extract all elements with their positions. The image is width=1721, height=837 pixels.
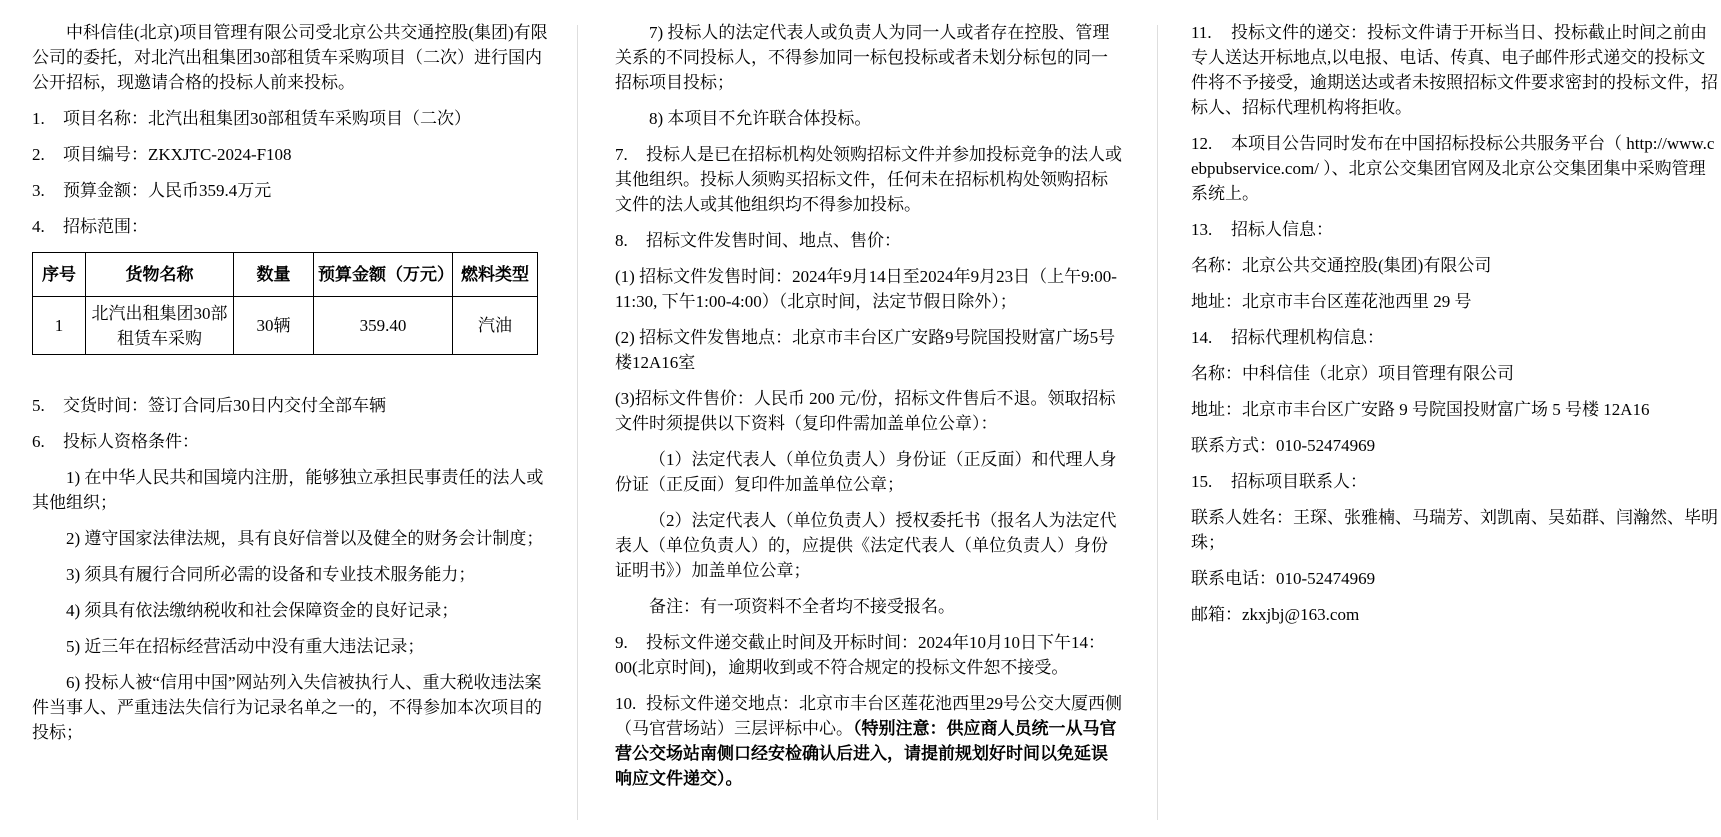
table-header-cell: 燃料类型 [453,253,538,297]
table-header-cell: 序号 [33,253,86,297]
item-number: 9. [615,630,646,655]
item-number: 5. [32,393,63,418]
item-number: 14. [1191,325,1231,350]
item-number: 7. [615,142,646,167]
table-header-cell: 货物名称 [86,253,234,297]
numbered-item-14: 14.招标代理机构信息： [1191,325,1719,350]
column-1: 中科信佳(北京)项目管理有限公司受北京公共交通控股(集团)有限公司的委托，对北汽… [32,20,549,756]
item-text: 招标人信息： [1231,220,1333,239]
contact-phone: 联系电话：010-52474969 [1191,566,1719,591]
item-number: 6. [32,429,63,454]
numbered-item-11: 11.投标文件的递交：投标文件请于开标当日、投标截止时间之前由专人送达开标地点,… [1191,20,1719,120]
sub-item: 5) 近三年在招标经营活动中没有重大违法记录； [32,634,549,659]
item-text: 招标代理机构信息： [1231,328,1384,347]
item-number: 11. [1191,20,1231,45]
numbered-item-5: 5.交货时间：签订合同后30日内交付全部车辆 [32,393,549,418]
contact-names: 联系人姓名：王琛、张雅楠、马瑞芳、刘凯南、吴茹群、闫瀚然、毕明珠； [1191,505,1719,555]
numbered-item-4: 4.招标范围： [32,214,549,239]
table-cell: 北汽出租集团30部租赁车采购 [86,297,234,355]
item-text: 项目名称：北汽出租集团30部租赁车采购项目（二次） [63,109,471,128]
sub-item: 6) 投标人被“信用中国”网站列入失信被执行人、重大税收违法案件当事人、严重违法… [32,670,549,745]
intro-paragraph: 中科信佳(北京)项目管理有限公司受北京公共交通控股(集团)有限公司的委托，对北汽… [32,20,549,95]
tender-scope-table: 序号 货物名称 数量 预算金额（万元） 燃料类型 1 北汽出租集团30部租赁车采… [32,252,538,355]
numbered-item-12: 12.本项目公告同时发布在中国招标投标公共服务平台（ http://www.ce… [1191,131,1719,206]
table-cell: 汽油 [453,297,538,355]
sub-item: 3) 须具有履行合同所必需的设备和专业技术服务能力； [32,562,549,587]
numbered-item-1: 1.项目名称：北汽出租集团30部租赁车采购项目（二次） [32,106,549,131]
item-number: 4. [32,214,63,239]
item-number: 12. [1191,131,1231,156]
agency-phone: 联系方式：010-52474969 [1191,433,1719,458]
item-text: 投标文件递交截止时间及开标时间：2024年10月10日下午14：00(北京时间)… [615,633,1105,677]
contact-email: 邮箱：zkxjbj@163.com [1191,602,1719,627]
item-text: 招标项目联系人： [1231,472,1367,491]
item-text: 投标文件的递交：投标文件请于开标当日、投标截止时间之前由专人送达开标地点,以电报… [1191,23,1718,117]
column-2: 7) 投标人的法定代表人或负责人为同一人或者存在控股、管理关系的不同投标人，不得… [615,20,1122,802]
required-material-2: （2）法定代表人（单位负责人）授权委托书（报名人为法定代表人（单位负责人）的，应… [615,508,1122,583]
sale-time-paragraph: (1) 招标文件发售时间：2024年9月14日至2024年9月23日（上午9:0… [615,264,1122,314]
item-text: 项目编号：ZKXJTC-2024-F108 [63,145,292,164]
sub-item: 4) 须具有依法缴纳税收和社会保障资金的良好记录； [32,598,549,623]
sub-item: 1) 在中华人民共和国境内注册，能够独立承担民事责任的法人或其他组织； [32,465,549,515]
item-number: 8. [615,228,646,253]
numbered-item-13: 13.招标人信息： [1191,217,1719,242]
numbered-item-15: 15.招标项目联系人： [1191,469,1719,494]
numbered-item-10: 10.投标文件递交地点：北京市丰台区莲花池西里29号公交大厦西侧（马官营场站）三… [615,691,1122,791]
required-material-1: （1）法定代表人（单位负责人）身份证（正反面）和代理人身份证（正反面）复印件加盖… [615,447,1122,497]
item-number: 15. [1191,469,1231,494]
table-cell: 30辆 [234,297,314,355]
tender-announcement-document: 中科信佳(北京)项目管理有限公司受北京公共交通控股(集团)有限公司的委托，对北汽… [0,0,1721,837]
table-cell: 359.40 [314,297,453,355]
item-text: 招标范围： [63,217,148,236]
sub-item: 7) 投标人的法定代表人或负责人为同一人或者存在控股、管理关系的不同投标人，不得… [615,20,1122,95]
sale-price-paragraph: (3)招标文件售价：人民币 200 元/份，招标文件售后不退。领取招标文件时须提… [615,386,1122,436]
item-text: 本项目公告同时发布在中国招标投标公共服务平台（ http://www.cebpu… [1191,134,1714,203]
numbered-item-2: 2.项目编号：ZKXJTC-2024-F108 [32,142,549,167]
item-text: 预算金额：人民币359.4万元 [63,181,271,200]
item-number: 1. [32,106,63,131]
table-header-row: 序号 货物名称 数量 预算金额（万元） 燃料类型 [33,253,538,297]
table-header-cell: 数量 [234,253,314,297]
sale-place-paragraph: (2) 招标文件发售地点：北京市丰台区广安路9号院国投财富广场5号楼12A16室 [615,325,1122,375]
item-number: 13. [1191,217,1231,242]
table-cell: 1 [33,297,86,355]
column-divider [577,25,578,820]
item-number: 2. [32,142,63,167]
item-number: 10. [615,691,646,716]
agency-name: 名称：中科信佳（北京）项目管理有限公司 [1191,361,1719,386]
tenderer-address: 地址：北京市丰台区莲花池西里 29 号 [1191,289,1719,314]
item-text: 交货时间：签订合同后30日内交付全部车辆 [63,396,386,415]
sub-item: 8) 本项目不允许联合体投标。 [615,106,1122,131]
table-header-cell: 预算金额（万元） [314,253,453,297]
numbered-item-6: 6.投标人资格条件： [32,429,549,454]
numbered-item-7: 7.投标人是已在招标机构处领购招标文件并参加投标竞争的法人或其他组织。投标人须购… [615,142,1122,217]
item-text: 招标文件发售时间、地点、售价： [646,231,901,250]
item-text: 投标人资格条件： [63,432,199,451]
sub-item: 2) 遵守国家法律法规，具有良好信誉以及健全的财务会计制度； [32,526,549,551]
column-3: 11.投标文件的递交：投标文件请于开标当日、投标截止时间之前由专人送达开标地点,… [1191,20,1719,638]
agency-address: 地址：北京市丰台区广安路 9 号院国投财富广场 5 号楼 12A16 [1191,397,1719,422]
numbered-item-3: 3.预算金额：人民币359.4万元 [32,178,549,203]
column-divider [1157,25,1158,820]
tenderer-name: 名称：北京公共交通控股(集团)有限公司 [1191,253,1719,278]
note-paragraph: 备注：有一项资料不全者均不接受报名。 [615,594,1122,619]
table-row: 1 北汽出租集团30部租赁车采购 30辆 359.40 汽油 [33,297,538,355]
item-text: 投标人是已在招标机构处领购招标文件并参加投标竞争的法人或其他组织。投标人须购买招… [615,145,1122,214]
numbered-item-8: 8.招标文件发售时间、地点、售价： [615,228,1122,253]
item-number: 3. [32,178,63,203]
numbered-item-9: 9.投标文件递交截止时间及开标时间：2024年10月10日下午14：00(北京时… [615,630,1122,680]
